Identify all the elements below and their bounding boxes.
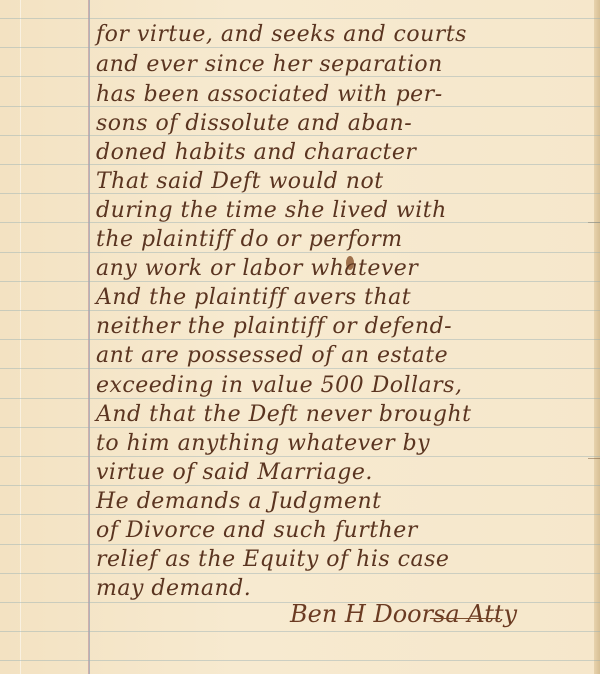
signature: Ben H Doorsa Atty [290,600,517,628]
ruled-line [0,427,600,428]
text-line: He demands a Judgment [96,489,381,514]
ruled-line [0,368,600,369]
ruled-line [0,544,600,545]
paper-fold [588,458,600,459]
ruled-line [0,47,600,48]
ruled-line [0,456,600,457]
text-line: sons of dissolute and aban- [96,111,412,136]
ruled-line [0,281,600,282]
text-line: any work or labor whatever [96,256,418,281]
text-line: to him anything whatever by [96,431,430,456]
text-line: ant are possessed of an estate [96,343,448,368]
text-line: And the plaintiff avers that [96,285,411,310]
text-line: And that the Deft never brought [96,402,472,427]
text-line: exceeding in value 500 Dollars, [96,373,462,398]
text-line: That said Deft would not [96,169,384,194]
document-page: for virtue, and seeks and courts and eve… [0,0,600,674]
text-line: neither the plaintiff or defend- [96,314,452,339]
text-line: of Divorce and such further [96,518,418,543]
text-line: doned habits and character [96,140,416,165]
text-line: relief as the Equity of his case [96,547,449,572]
ruled-line [0,18,600,19]
signature-flourish [430,618,500,619]
text-line: the plaintiff do or perform [96,227,403,252]
ruled-line [0,339,600,340]
ruled-line [0,514,600,515]
ruled-line [0,252,600,253]
text-line: for virtue, and seeks and courts [96,22,467,47]
ruled-line [0,573,600,574]
ruled-line [0,485,600,486]
ruled-line [0,660,600,661]
ruled-line [0,310,600,311]
text-line: and ever since her separation [96,52,443,77]
text-line: may demand. [96,576,251,601]
ruled-line [0,398,600,399]
text-line: during the time she lived with [96,198,447,223]
text-line: virtue of said Marriage. [96,460,373,485]
ruled-line [0,631,600,632]
text-line: has been associated with per- [96,82,443,107]
